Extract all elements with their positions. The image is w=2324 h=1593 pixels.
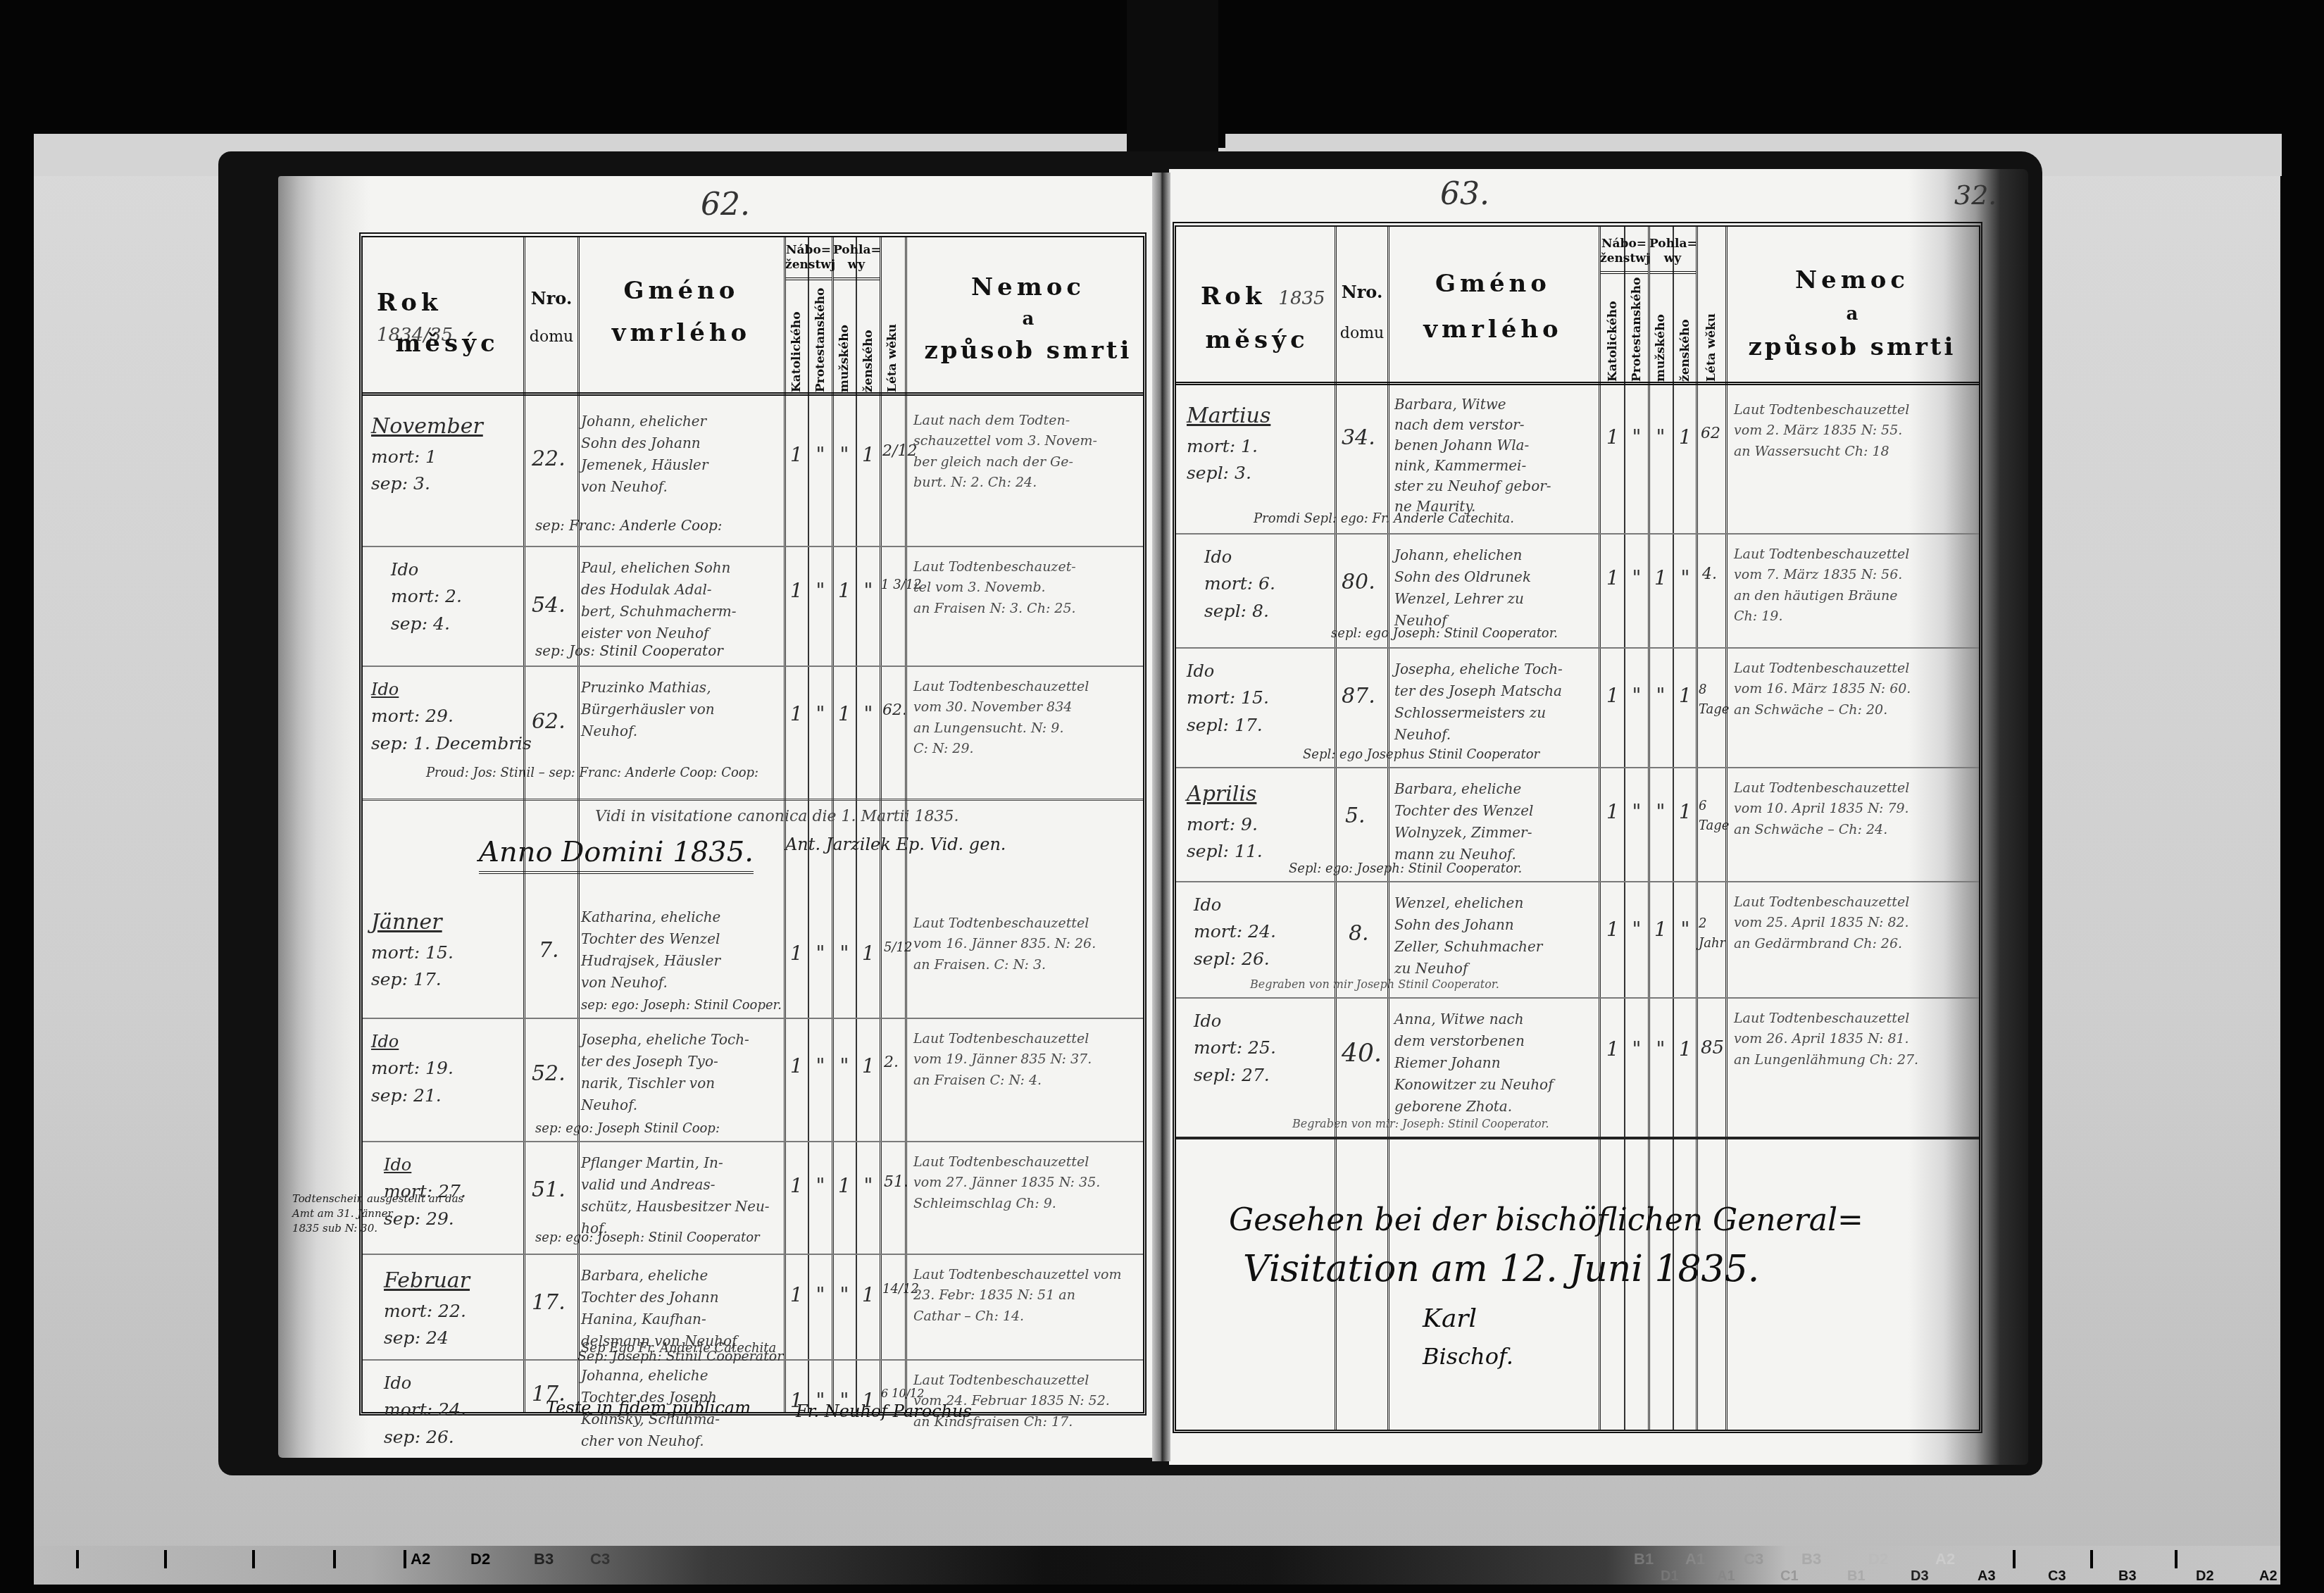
strip-label: D3 [1911, 1568, 1929, 1585]
parish-priest-signature: Fr. Neuhof Parochus [796, 1401, 972, 1421]
deceased-name: Pruzinko Mathias, Bürgerhäusler von Neuh… [581, 677, 715, 742]
cause-of-death: Laut Todtenbeschauzettel vom 16. Jänner … [913, 913, 1096, 975]
catholic-mark: 1 [1606, 796, 1620, 827]
burial-signature: Sepl: ego Josephus Stinil Cooperator [1303, 747, 1539, 762]
deceased-name: Josepha, eheliche Toch- ter des Joseph M… [1394, 658, 1563, 746]
house-number: 7. [539, 935, 559, 968]
header-nabozenstvi: Nábo= ženstwj [1600, 237, 1648, 274]
house-number: 17. [532, 1287, 566, 1320]
catholic-mark: 1 [789, 938, 804, 968]
strip-label: D2 [1868, 1550, 1888, 1568]
deceased-name: Anna, Witwe nach dem verstorbenen Riemer… [1394, 1008, 1554, 1118]
female-mark: " [1678, 914, 1692, 944]
header-a: a [912, 308, 1144, 331]
male-mark: 1 [1654, 563, 1668, 593]
male-mark: 1 [837, 1170, 851, 1201]
header-nemoc: Nemoc [1732, 265, 1972, 296]
deceased-name: Josepha, eheliche Toch- ter des Joseph T… [581, 1029, 749, 1116]
cause-of-death: Laut Todtenbeschauzettel vom 26. April 1… [1734, 1008, 1918, 1070]
catholic-mark: 1 [789, 439, 804, 470]
male-mark: 1 [837, 699, 851, 729]
cause-of-death: Laut Todtenbeschauzettel vom 30. Novembe… [913, 677, 1089, 760]
cause-of-death: Laut Todtenbeschauzettel vom 19. Jänner … [913, 1029, 1092, 1091]
male-mark: " [837, 1051, 851, 1081]
strip-tick [2013, 1550, 2016, 1568]
header-zpusob-smrti: způsob smrti [912, 336, 1144, 366]
female-mark: 1 [861, 1051, 875, 1081]
cause-of-death: Laut Todtenbeschauzettel vom 2. März 183… [1734, 400, 1909, 462]
header-gmeno: Gméno [1391, 269, 1595, 299]
header-nabozenstvi: Nábo= ženstwj [785, 243, 832, 280]
house-number: 54. [532, 589, 566, 623]
catholic-mark: 1 [789, 699, 804, 729]
burial-signature: sep: Franc: Anderle Coop: [535, 517, 723, 534]
female-mark: 1 [861, 938, 875, 968]
burial-signature: sepl: ego Joseph: Stinil Cooperator. [1331, 626, 1558, 641]
header-domu: domu [526, 327, 577, 347]
catholic-mark: 1 [1606, 563, 1620, 593]
strip-tick [333, 1550, 336, 1568]
female-mark: " [861, 1170, 875, 1201]
year-handwritten: 1835 [1278, 288, 1325, 309]
protestant-mark: " [813, 439, 827, 470]
book-spine [1152, 173, 1170, 1461]
catholic-mark: 1 [1606, 680, 1620, 711]
entry-date: Ido mort: 25. sepl: 27. [1194, 1008, 1276, 1089]
header-mesic: měsýc [377, 329, 518, 359]
catholic-mark: 1 [789, 1051, 804, 1081]
table-row: Ido mort: 27. sep: 29. Todtenschein ausg… [363, 1142, 1143, 1255]
age: 2 Jahr [1699, 914, 1724, 954]
header-muzskeho: mužského [837, 315, 851, 392]
table-row: November mort: 1 sep: 3. 22. Johann, ehe… [363, 401, 1143, 547]
house-number: 62. [532, 706, 566, 739]
header-nemoc: Nemoc [912, 273, 1144, 303]
age: 85 [1701, 1034, 1724, 1062]
catholic-mark: 1 [789, 575, 804, 606]
house-number: 34. [1342, 422, 1375, 455]
protestant-mark: " [1630, 422, 1644, 452]
burial-signature: sep: ego: Joseph Stinil Coop: [535, 1121, 720, 1136]
header-leta-veku: Léta wěku [885, 308, 899, 392]
house-number: 8. [1349, 918, 1369, 951]
header-pohlavi: Pohla= wy [1649, 237, 1696, 274]
strip-label: D2 [2196, 1568, 2214, 1585]
header-pohlavi: Pohla= wy [833, 243, 880, 280]
header-katolickeho: Katolického [789, 301, 804, 392]
table-row: Martius mort: 1. sepl: 3. 34. Barbara, W… [1176, 390, 1979, 535]
female-mark: 1 [861, 1280, 875, 1310]
burial-signature: Sep: Joseph: Stinil Cooperator [577, 1349, 783, 1364]
house-number: 51. [532, 1174, 566, 1207]
protestant-mark: " [1630, 563, 1644, 593]
male-mark: " [1654, 680, 1668, 711]
deceased-name: Johann, ehelichen Sohn des Oldrunek Wenz… [1394, 544, 1531, 632]
burial-signature: Promdi Sepl: ego: Fr. Anderle Catechita. [1254, 511, 1514, 526]
protestant-mark: " [1630, 914, 1644, 944]
header-zenskeho: ženského [1678, 308, 1692, 382]
entry-date: Ido mort: 29. sep: 1. Decembris [371, 677, 532, 758]
female-mark: 1 [1678, 1034, 1692, 1064]
female-mark: 1 [861, 439, 875, 470]
header-zenskeho: ženského [861, 315, 875, 392]
strip-label: D1 [1661, 1568, 1679, 1585]
table-row: Februar mort: 22. sep: 24 17. Barbara, e… [363, 1255, 1143, 1361]
protestant-mark: " [1630, 1034, 1644, 1064]
table-row: Ido mort: 2. sep: 4. 54. Paul, ehelichen… [363, 547, 1143, 667]
header-katolickeho: Katolického [1606, 294, 1620, 382]
female-mark: 1 [1678, 422, 1692, 452]
male-mark: " [837, 938, 851, 968]
strip-label: A1 [1685, 1550, 1705, 1568]
header-protestanskeho: Protestanského [813, 287, 827, 392]
entry-date: Februar mort: 22. sep: 24 [384, 1265, 470, 1352]
table-header: Rok 1835 měsýc Nro. domu Gméno vmrlého N… [1176, 227, 1979, 385]
deceased-name: Pflanger Martin, In- valid und Andreas- … [581, 1152, 770, 1239]
catholic-mark: 1 [789, 1170, 804, 1201]
house-number: 87. [1342, 680, 1375, 713]
header-vmrleho: vmrlého [581, 318, 782, 349]
protestant-mark: " [813, 938, 827, 968]
strip-tick [76, 1550, 79, 1568]
protestant-mark: " [1630, 680, 1644, 711]
strip-tick [2090, 1550, 2093, 1568]
entry-date: Aprilis mort: 9. sepl: 11. [1187, 778, 1263, 866]
deceased-name: Barbara, eheliche Tochter des Wenzel Wol… [1394, 778, 1533, 866]
table-row: Ido mort: 15. sepl: 17. 87. Josepha, ehe… [1176, 649, 1979, 768]
header-zpusob-smrti: způsob smrti [1732, 332, 1972, 363]
male-mark: " [1654, 422, 1668, 452]
closing-attestation: Teste in fidem publicam [546, 1398, 751, 1418]
strip-label: C3 [1744, 1550, 1763, 1568]
strip-label: A1 [1717, 1568, 1735, 1585]
male-mark: " [1654, 796, 1668, 827]
header-gmeno: Gméno [581, 276, 782, 306]
strip-label: A2 [1935, 1550, 1955, 1568]
catholic-mark: 1 [1606, 914, 1620, 944]
male-mark: 1 [1654, 914, 1668, 944]
male-mark: 1 [837, 575, 851, 606]
house-number: 52. [532, 1058, 566, 1091]
protestant-mark: " [813, 1170, 827, 1201]
left-page-number: 62. [701, 187, 750, 223]
age: 2. [884, 1051, 899, 1075]
burial-signature: Proud: Jos: Stinil – sep: Franc: Anderle… [426, 766, 758, 780]
visitation-line-2: Visitation am 12. Juni 1835. [1243, 1248, 1759, 1290]
strip-tick [252, 1550, 255, 1568]
table-row: Aprilis mort: 9. sepl: 11. 5. Barbara, e… [1176, 768, 1979, 882]
age: 4. [1702, 563, 1717, 587]
protestant-mark: " [813, 1280, 827, 1310]
female-mark: " [861, 699, 875, 729]
cause-of-death: Laut Todtenbeschauzettel vom 27. Jänner … [913, 1152, 1100, 1214]
table-row: Ido mort: 25. sepl: 27. 40. Anna, Witwe … [1176, 999, 1979, 1139]
header-a: a [1732, 303, 1972, 326]
entry-date: November mort: 1 sep: 3. [371, 411, 483, 498]
male-mark: " [837, 1280, 851, 1310]
header-muzskeho: mužského [1654, 308, 1668, 382]
right-page-number: 63. [1440, 176, 1489, 212]
margin-note: Todtenschein ausgestellt an das Amt am 3… [292, 1192, 528, 1236]
burial-signature: Sepl: ego: Joseph: Stinil Cooperator. [1289, 861, 1522, 876]
burial-signature: Begraben von mir: Joseph: Stinil Coopera… [1292, 1117, 1549, 1130]
age: 51. [884, 1170, 908, 1194]
header-vmrleho: vmrlého [1391, 315, 1595, 345]
protestant-mark: " [813, 1051, 827, 1081]
strip-label: B3 [2118, 1568, 2137, 1585]
entry-date: Ido mort: 2. sep: 4. [391, 557, 462, 638]
deceased-name: Wenzel, ehelichen Sohn des Johann Zeller… [1394, 892, 1542, 980]
table-row: Jänner mort: 15. sep: 17. 7. Katharina, … [363, 892, 1143, 1019]
catholic-mark: 1 [1606, 422, 1620, 452]
bishop-signature-title: Bischof. [1423, 1343, 1513, 1370]
age: 5/12 [884, 938, 912, 958]
cause-of-death: Laut Todtenbeschauzettel vom 10. April 1… [1734, 778, 1909, 840]
female-mark: 1 [1678, 796, 1692, 827]
entry-date: Ido mort: 15. sepl: 17. [1187, 658, 1269, 739]
table-row: Ido mort: 24. sepl: 26. 8. Wenzel, eheli… [1176, 882, 1979, 999]
deceased-name: Paul, ehelichen Sohn des Hodulak Adal- b… [581, 557, 737, 644]
cause-of-death: Laut Todtenbeschauzettel vom 23. Febr: 1… [913, 1265, 1121, 1327]
strip-tick [404, 1550, 406, 1568]
house-number: 80. [1342, 566, 1375, 599]
burial-signature: sep: ego: Joseph: Stinil Cooper. [581, 998, 782, 1013]
header-nro: Nro. [1337, 282, 1387, 303]
right-ledger-table: Rok 1835 měsýc Nro. domu Gméno vmrlého N… [1173, 222, 1982, 1433]
table-row: Ido mort: 6. sepl: 8. 80. Johann, ehelic… [1176, 535, 1979, 649]
house-number: 40. [1342, 1034, 1382, 1073]
cause-of-death: Laut Todtenbeschauzet- tel vom 3. Novemb… [913, 557, 1076, 619]
header-domu: domu [1337, 324, 1387, 344]
entry-date: Ido mort: 19. sep: 21. [371, 1029, 454, 1110]
calibration-strip: A2 D2 B3 C3 B1 A1 C3 B3 D2 A2 D1 A1 C1 B… [34, 1546, 2280, 1585]
age: 62. [882, 699, 907, 723]
protestant-mark: " [813, 575, 827, 606]
strip-label: C3 [2048, 1568, 2066, 1585]
entry-date: Ido mort: 6. sepl: 8. [1204, 544, 1275, 625]
deceased-name: Barbara, eheliche Tochter des Johann Han… [581, 1265, 737, 1352]
header-mesic: měsýc [1183, 325, 1331, 356]
entry-date: Jänner mort: 15. sep: 17. [371, 906, 454, 994]
strip-label: D2 [470, 1550, 490, 1568]
male-mark: " [1654, 1034, 1668, 1064]
header-leta-veku: Léta wěku [1704, 301, 1718, 382]
strip-label: C3 [590, 1550, 610, 1568]
protestant-mark: " [813, 699, 827, 729]
deceased-name: Barbara, Witwe nach dem verstor- benen J… [1394, 394, 1551, 517]
strip-label: A2 [411, 1550, 430, 1568]
anno-domini-heading: Anno Domini 1835. [479, 836, 754, 874]
header-nro: Nro. [526, 288, 577, 309]
age: 6 Tage [1699, 796, 1724, 836]
strip-label: A2 [2259, 1568, 2278, 1585]
entry-date: Ido mort: 24. sepl: 26. [1194, 892, 1276, 973]
house-number: 5. [1345, 800, 1366, 833]
age: 62 [1701, 422, 1720, 446]
catholic-mark: 1 [1606, 1034, 1620, 1064]
strip-tick [2175, 1550, 2178, 1568]
visitation-line-1: Gesehen bei der bischöflichen General= [1229, 1202, 1863, 1238]
protestant-mark: " [1630, 796, 1644, 827]
visitation-note-line1: Vidi in visitatione canonica die 1. Mart… [595, 808, 959, 825]
burial-signature: sep: Jos: Stinil Cooperator [535, 642, 723, 659]
entry-date: Martius mort: 1. sepl: 3. [1187, 400, 1270, 487]
folio-number: 32. [1954, 180, 1997, 211]
cause-of-death: Laut Todtenbeschauzettel vom 16. März 18… [1734, 658, 1911, 720]
strip-label: B1 [1634, 1550, 1654, 1568]
table-row: Ido mort: 19. sep: 21. 52. Josepha, ehel… [363, 1019, 1143, 1142]
cause-of-death: Laut Todtenbeschauzettel vom 25. April 1… [1734, 892, 1909, 954]
female-mark: " [1678, 563, 1692, 593]
deceased-name: Johann, ehelicher Sohn des Johann Jemene… [581, 411, 708, 498]
strip-label: C1 [1780, 1568, 1799, 1585]
entry-date: Ido mort: 24. sep: 26. [384, 1370, 466, 1451]
female-mark: " [861, 575, 875, 606]
burial-signature: sep: ego: Joseph: Stinil Cooperator [535, 1230, 760, 1245]
age: 2/12 [882, 439, 917, 463]
catholic-mark: 1 [789, 1280, 804, 1310]
strip-tick [164, 1550, 167, 1568]
strip-label: A3 [1978, 1568, 1996, 1585]
table-row: Ido mort: 29. sep: 1. Decembris 62. Pruz… [363, 667, 1143, 801]
male-mark: " [837, 439, 851, 470]
deceased-name: Katharina, eheliche Tochter des Wenzel H… [581, 906, 720, 994]
cause-of-death: Laut nach dem Todten- schauzettel vom 3.… [913, 411, 1097, 494]
table-header: Rok 1834/35 měsýc Nro. domu Gméno vmrléh… [363, 237, 1143, 396]
burial-signature: Begraben von mir Joseph Stinil Cooperato… [1250, 977, 1499, 991]
visitation-note-line2: Ant. Jarzilek Ep. Vid. gen. [785, 835, 1006, 854]
cause-of-death: Laut Todtenbeschauzettel vom 7. März 183… [1734, 544, 1909, 627]
female-mark: 1 [1678, 680, 1692, 711]
strip-label: B1 [1847, 1568, 1866, 1585]
house-number: 22. [532, 443, 566, 476]
header-rok: Rok 1835 [1187, 282, 1335, 312]
strip-label: B3 [534, 1550, 554, 1568]
strip-label: B3 [1801, 1550, 1821, 1568]
header-protestanskeho: Protestanského [1630, 280, 1644, 382]
bishop-signature-name: Karl [1423, 1304, 1477, 1333]
age: 8 Tage [1699, 680, 1724, 720]
left-ledger-table: Rok 1834/35 měsýc Nro. domu Gméno vmrléh… [359, 232, 1147, 1416]
table-row: Ido mort: 24. sep: 26. 17. Johanna, ehel… [363, 1361, 1143, 1466]
